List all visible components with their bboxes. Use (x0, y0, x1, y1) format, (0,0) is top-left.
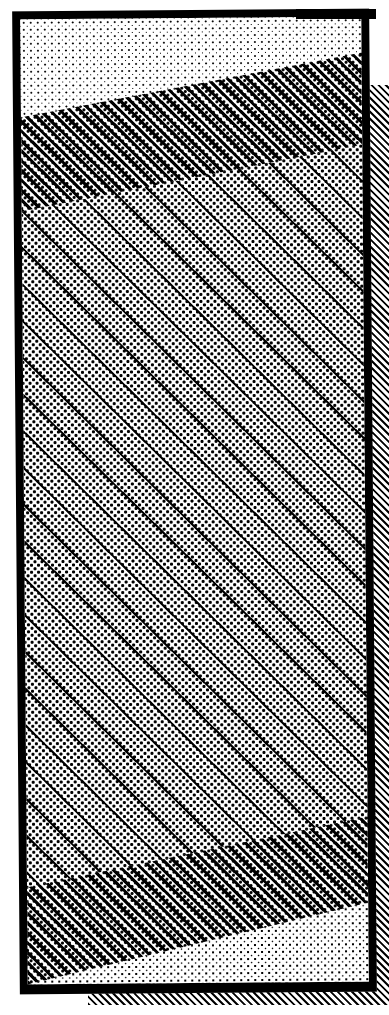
scan-background (0, 0, 389, 1015)
frame-top-step (296, 9, 376, 19)
framed-photo (12, 9, 377, 995)
